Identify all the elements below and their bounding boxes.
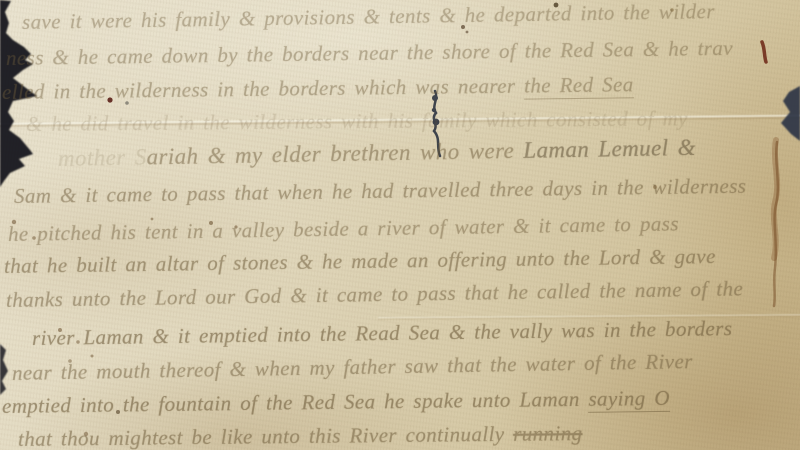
manuscript-line: that thou mightest be like unto this Riv… <box>18 421 583 450</box>
ink-dash-mark <box>762 42 766 62</box>
faded-text: mother S <box>58 144 147 171</box>
manuscript-text: he pitched his tent in a valley beside a… <box>8 211 679 246</box>
manuscript-line: river Laman & it emptied into the Read S… <box>32 316 733 351</box>
manuscript-line: mother Sariah & my elder brethren who we… <box>58 135 696 172</box>
manuscript-text: emptied into the fountain of the Red Sea… <box>2 387 589 418</box>
underlined-text: the Red Sea <box>524 72 634 99</box>
manuscript-line: near the mouth thereof & when my father … <box>12 349 693 386</box>
manuscript-line: thanks unto the Lord our God & it came t… <box>6 276 744 313</box>
struck-out-text: running <box>513 421 583 446</box>
manuscript-line: he pitched his tent in a valley beside a… <box>8 211 679 247</box>
manuscript-text: ness & he came down by the borders near … <box>6 36 733 70</box>
manuscript-text: thanks unto the Lord our God & it came t… <box>6 276 743 312</box>
manuscript-text: & he did travel in the wilderness with h… <box>26 106 688 136</box>
manuscript-text: ariah & my elder brethren who were <box>146 138 523 170</box>
manuscript-text: save it were his family & provisions & t… <box>22 0 715 34</box>
manuscript-text: that he built an altar of stones & he ma… <box>4 244 716 278</box>
emphasized-text: Laman Lemuel & <box>523 135 696 163</box>
manuscript-line: elled in the wilderness in the borders w… <box>2 72 634 105</box>
manuscript-text: elled in the wilderness in the borders w… <box>2 74 524 104</box>
manuscript-page: save it were his family & provisions & t… <box>0 0 800 450</box>
torn-edge-nick <box>0 344 8 395</box>
stain-streak-right <box>774 140 778 306</box>
underlined-text: saying O <box>588 386 670 413</box>
manuscript-line: that he built an altar of stones & he ma… <box>4 244 716 279</box>
manuscript-text: Sam & it came to pass that when he had t… <box>14 174 747 208</box>
manuscript-text: river Laman & it emptied into the Read S… <box>32 316 733 350</box>
manuscript-text: that thou mightest be like unto this Riv… <box>18 422 513 450</box>
manuscript-line: Sam & it came to pass that when he had t… <box>14 174 747 209</box>
manuscript-line: save it were his family & provisions & t… <box>22 0 715 35</box>
ink-blot-right <box>781 86 800 141</box>
manuscript-line: emptied into the fountain of the Red Sea… <box>2 386 670 419</box>
manuscript-line: & he did travel in the wilderness with h… <box>26 106 688 137</box>
manuscript-line: ness & he came down by the borders near … <box>6 36 733 71</box>
manuscript-text: near the mouth thereof & when my father … <box>12 349 693 385</box>
